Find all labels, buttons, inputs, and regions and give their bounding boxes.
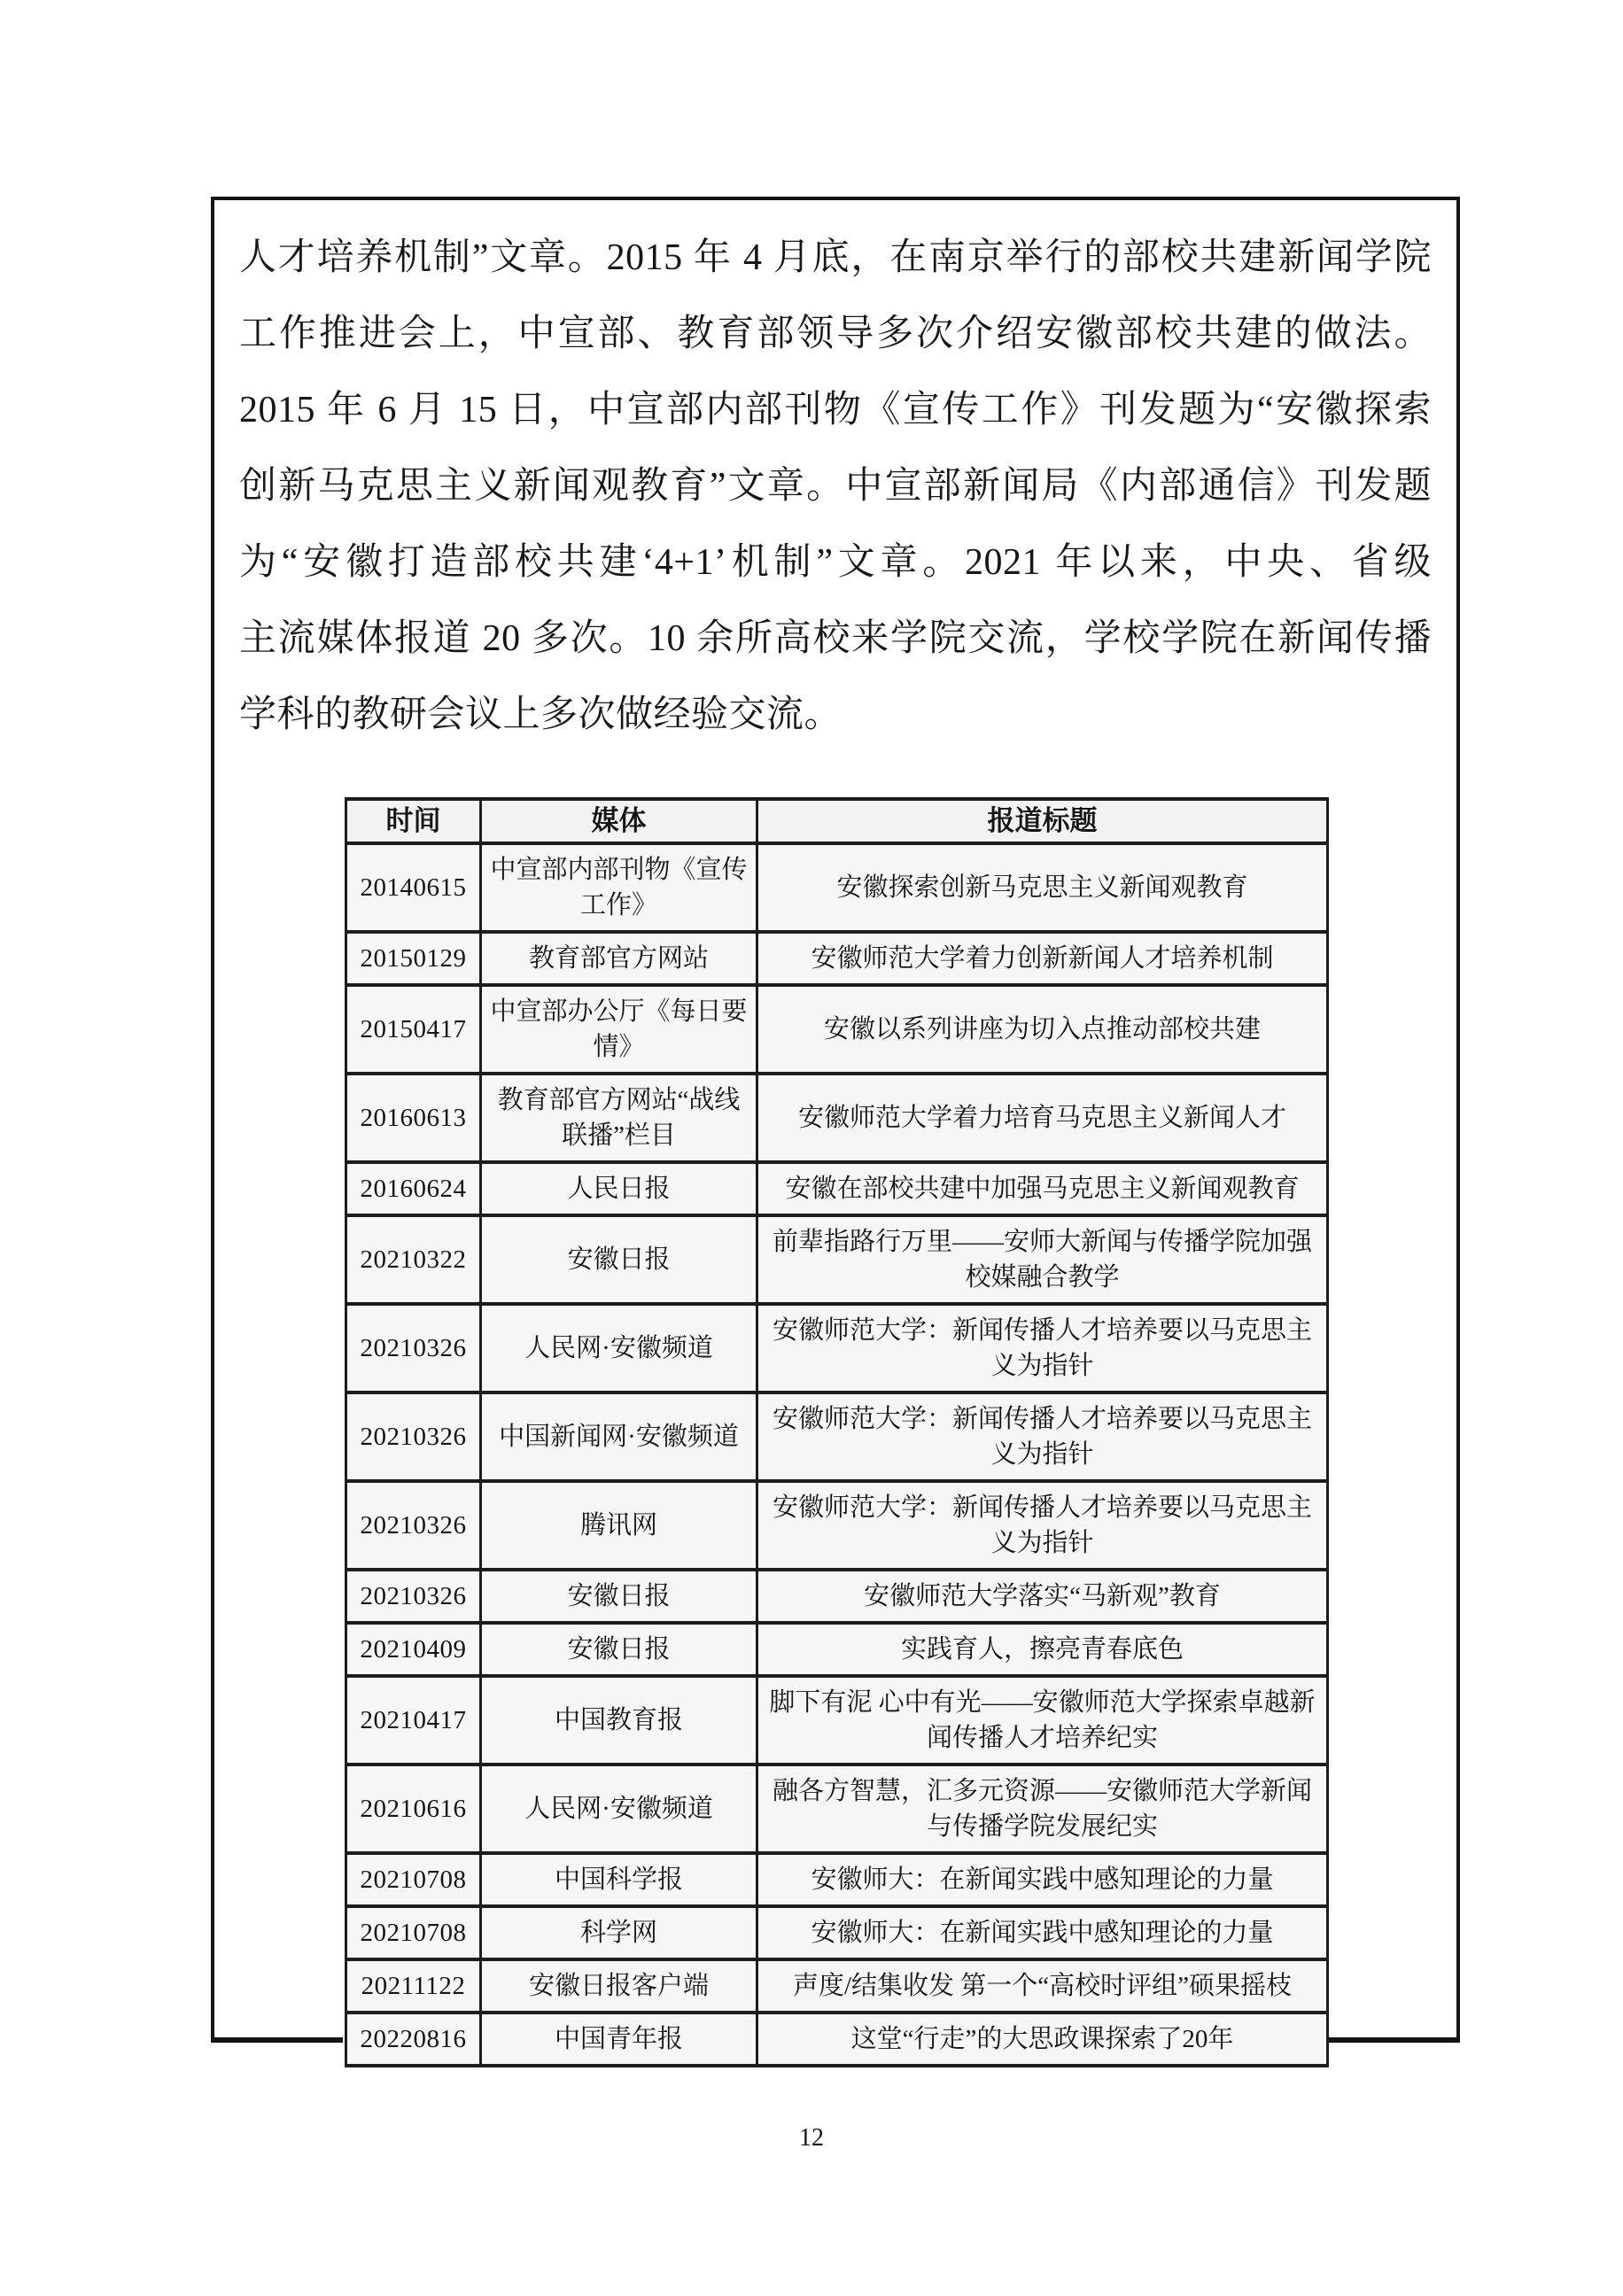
table-row: 20160624人民日报安徽在部校共建中加强马克思主义新闻观教育 — [346, 1162, 1328, 1215]
cell-date: 20210326 — [346, 1392, 481, 1481]
table-row: 20210616人民网·安徽频道融各方智慧，汇多元资源——安徽师范大学新闻与传播… — [346, 1765, 1328, 1853]
cell-title: 前辈指路行万里——安师大新闻与传播学院加强校媒融合教学 — [757, 1215, 1328, 1304]
cell-title: 融各方智慧，汇多元资源——安徽师范大学新闻与传播学院发展纪实 — [757, 1765, 1328, 1853]
page-number: 12 — [0, 2124, 1623, 2152]
table-row: 20140615中宣部内部刊物《宣传工作》安徽探索创新马克思主义新闻观教育 — [346, 843, 1328, 932]
cell-date: 20140615 — [346, 843, 481, 932]
cell-media: 科学网 — [481, 1906, 757, 1959]
media-coverage-table: 时间媒体报道标题 20140615中宣部内部刊物《宣传工作》安徽探索创新马克思主… — [345, 797, 1329, 2067]
table-row: 20210417中国教育报脚下有泥 心中有光——安徽师范大学探索卓越新闻传播人才… — [346, 1676, 1328, 1765]
cell-date: 20210417 — [346, 1676, 481, 1765]
cell-media: 安徽日报 — [481, 1570, 757, 1623]
cell-title: 安徽师范大学：新闻传播人才培养要以马克思主义为指针 — [757, 1392, 1328, 1481]
cell-title: 安徽师范大学：新闻传播人才培养要以马克思主义为指针 — [757, 1304, 1328, 1392]
cell-title: 安徽师大：在新闻实践中感知理论的力量 — [757, 1853, 1328, 1906]
cell-media: 中国科学报 — [481, 1853, 757, 1906]
cell-media: 中国青年报 — [481, 2013, 757, 2066]
document-page: 人才培养机制”文章。2015 年 4 月底，在南京举行的部校共建新闻学院工作推进… — [0, 0, 1623, 2296]
cell-date: 20210708 — [346, 1906, 481, 1959]
cell-date: 20210409 — [346, 1623, 481, 1676]
table-row: 20210708中国科学报安徽师大：在新闻实践中感知理论的力量 — [346, 1853, 1328, 1906]
cell-media: 教育部官方网站 — [481, 932, 757, 985]
table-row: 20160613教育部官方网站“战线联播”栏目安徽师范大学着力培育马克思主义新闻… — [346, 1074, 1328, 1162]
paragraph-line: 工作推进会上，中宣部、教育部领导多次介绍安徽部校共建的做法。 — [239, 296, 1432, 372]
cell-media: 人民网·安徽频道 — [481, 1304, 757, 1392]
cell-date: 20160624 — [346, 1162, 481, 1215]
column-header: 时间 — [346, 799, 481, 843]
table-row: 20210322安徽日报前辈指路行万里——安师大新闻与传播学院加强校媒融合教学 — [346, 1215, 1328, 1304]
table-row: 20210326人民网·安徽频道安徽师范大学：新闻传播人才培养要以马克思主义为指… — [346, 1304, 1328, 1392]
cell-date: 20220816 — [346, 2013, 481, 2066]
column-header: 媒体 — [481, 799, 757, 843]
cell-date: 20150129 — [346, 932, 481, 985]
table-body: 20140615中宣部内部刊物《宣传工作》安徽探索创新马克思主义新闻观教育201… — [346, 843, 1328, 2066]
cell-date: 20211122 — [346, 1959, 481, 2013]
table-row: 20210708科学网安徽师大：在新闻实践中感知理论的力量 — [346, 1906, 1328, 1959]
cell-media: 人民日报 — [481, 1162, 757, 1215]
cell-media: 中国教育报 — [481, 1676, 757, 1765]
table-row: 20211122安徽日报客户端声度/结集收发 第一个“高校时评组”硕果摇枝 — [346, 1959, 1328, 2013]
table-row: 20210326安徽日报安徽师范大学落实“马新观”教育 — [346, 1570, 1328, 1623]
cell-date: 20210616 — [346, 1765, 481, 1853]
table-header: 时间媒体报道标题 — [346, 799, 1328, 843]
column-header: 报道标题 — [757, 799, 1328, 843]
table-row: 20150417中宣部办公厅《每日要情》安徽以系列讲座为切入点推动部校共建 — [346, 985, 1328, 1074]
media-coverage-table-wrap: 时间媒体报道标题 20140615中宣部内部刊物《宣传工作》安徽探索创新马克思主… — [345, 797, 1326, 2067]
paragraph-line: 主流媒体报道 20 多次。10 余所高校来学院交流，学校学院在新闻传播 — [239, 601, 1432, 677]
paragraph-line: 2015 年 6 月 15 日，中宣部内部刊物《宣传工作》刊发题为“安徽探索 — [239, 372, 1432, 448]
body-paragraph: 人才培养机制”文章。2015 年 4 月底，在南京举行的部校共建新闻学院工作推进… — [239, 220, 1432, 753]
cell-date: 20210322 — [346, 1215, 481, 1304]
paragraph-line: 创新马克思主义新闻观教育”文章。中宣部新闻局《内部通信》刊发题 — [239, 448, 1432, 524]
cell-date: 20160613 — [346, 1074, 481, 1162]
cell-media: 教育部官方网站“战线联播”栏目 — [481, 1074, 757, 1162]
cell-date: 20210708 — [346, 1853, 481, 1906]
cell-title: 安徽在部校共建中加强马克思主义新闻观教育 — [757, 1162, 1328, 1215]
paragraph-line: 为“安徽打造部校共建‘4+1’机制”文章。2021 年以来，中央、省级 — [239, 524, 1432, 601]
cell-title: 安徽以系列讲座为切入点推动部校共建 — [757, 985, 1328, 1074]
cell-title: 安徽师大：在新闻实践中感知理论的力量 — [757, 1906, 1328, 1959]
table-row: 20210326腾讯网安徽师范大学：新闻传播人才培养要以马克思主义为指针 — [346, 1481, 1328, 1570]
cell-title: 脚下有泥 心中有光——安徽师范大学探索卓越新闻传播人才培养纪实 — [757, 1676, 1328, 1765]
cell-title: 声度/结集收发 第一个“高校时评组”硕果摇枝 — [757, 1959, 1328, 2013]
table-row: 20150129教育部官方网站安徽师范大学着力创新新闻人才培养机制 — [346, 932, 1328, 985]
cell-date: 20210326 — [346, 1304, 481, 1392]
cell-title: 实践育人，擦亮青春底色 — [757, 1623, 1328, 1676]
table-row: 20220816中国青年报这堂“行走”的大思政课探索了20年 — [346, 2013, 1328, 2066]
cell-media: 中宣部办公厅《每日要情》 — [481, 985, 757, 1074]
table-row: 20210409安徽日报实践育人，擦亮青春底色 — [346, 1623, 1328, 1676]
cell-media: 中国新闻网·安徽频道 — [481, 1392, 757, 1481]
cell-media: 人民网·安徽频道 — [481, 1765, 757, 1853]
paragraph-line: 学科的教研会议上多次做经验交流。 — [239, 677, 1432, 753]
cell-date: 20210326 — [346, 1481, 481, 1570]
cell-title: 这堂“行走”的大思政课探索了20年 — [757, 2013, 1328, 2066]
cell-title: 安徽师范大学：新闻传播人才培养要以马克思主义为指针 — [757, 1481, 1328, 1570]
cell-media: 安徽日报客户端 — [481, 1959, 757, 2013]
cell-title: 安徽师范大学落实“马新观”教育 — [757, 1570, 1328, 1623]
content-border-box: 人才培养机制”文章。2015 年 4 月底，在南京举行的部校共建新闻学院工作推进… — [211, 197, 1460, 2043]
cell-title: 安徽探索创新马克思主义新闻观教育 — [757, 843, 1328, 932]
cell-date: 20150417 — [346, 985, 481, 1074]
cell-media: 中宣部内部刊物《宣传工作》 — [481, 843, 757, 932]
cell-media: 安徽日报 — [481, 1623, 757, 1676]
table-header-row: 时间媒体报道标题 — [346, 799, 1328, 843]
cell-title: 安徽师范大学着力培育马克思主义新闻人才 — [757, 1074, 1328, 1162]
cell-media: 腾讯网 — [481, 1481, 757, 1570]
cell-date: 20210326 — [346, 1570, 481, 1623]
cell-media: 安徽日报 — [481, 1215, 757, 1304]
cell-title: 安徽师范大学着力创新新闻人才培养机制 — [757, 932, 1328, 985]
paragraph-line: 人才培养机制”文章。2015 年 4 月底，在南京举行的部校共建新闻学院 — [239, 220, 1432, 296]
table-row: 20210326中国新闻网·安徽频道安徽师范大学：新闻传播人才培养要以马克思主义… — [346, 1392, 1328, 1481]
